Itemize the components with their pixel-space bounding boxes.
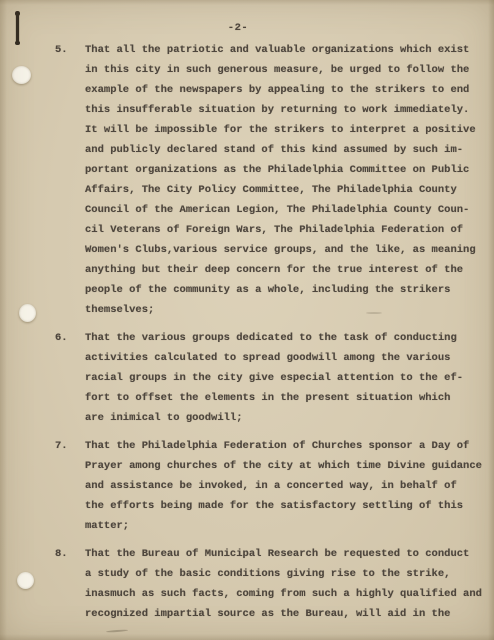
numbered-paragraph: 5. That all the patriotic and valuable o…	[55, 40, 474, 320]
item-number: 6.	[55, 328, 85, 428]
punch-hole	[17, 572, 34, 589]
text-line: That the Philadelphia Federation of Chur…	[85, 436, 482, 456]
text-line: Prayer among churches of the city at whi…	[85, 456, 482, 476]
smudge-mark	[106, 629, 128, 633]
text-line: anything but their deep concern for the …	[85, 260, 476, 280]
item-lines: That the Bureau of Municipal Research be…	[85, 544, 482, 624]
text-line: Council of the American Legion, The Phil…	[85, 200, 476, 220]
text-line: portant organizations as the Philadelphi…	[85, 160, 476, 180]
text-line: It will be impossible for the strikers t…	[85, 120, 476, 140]
item-number: 7.	[55, 436, 85, 536]
text-line: a study of the basic conditions giving r…	[85, 564, 482, 584]
text-line: That the various groups dedicated to the…	[85, 328, 474, 348]
text-line: cil Veterans of Foreign Wars, The Philad…	[85, 220, 476, 240]
numbered-paragraph: 8. That the Bureau of Municipal Research…	[55, 544, 474, 624]
text-line: the efforts being made for the satisfact…	[85, 496, 482, 516]
text-line: and publicly declared stand of this kind…	[85, 140, 476, 160]
text-line: Affairs, The City Policy Committee, The …	[85, 180, 476, 200]
text-line: example of the newspapers by appealing t…	[85, 80, 476, 100]
item-lines: That the Philadelphia Federation of Chur…	[85, 436, 482, 536]
text-line: this insufferable situation by returning…	[85, 100, 476, 120]
scanned-page: -2- 5. That all the patriotic and valuab…	[0, 0, 494, 640]
text-line: themselves;	[85, 300, 476, 320]
text-line: matter;	[85, 516, 482, 536]
item-number: 5.	[55, 40, 85, 320]
text-line: and assistance be invoked, in a concerte…	[85, 476, 482, 496]
text-line: recognized impartial source as the Burea…	[85, 604, 482, 624]
text-line: in this city in such generous measure, b…	[85, 60, 476, 80]
document-body: 5. That all the patriotic and valuable o…	[55, 40, 474, 632]
punch-hole	[12, 66, 31, 84]
smudge-mark	[366, 312, 382, 314]
item-lines: That all the patriotic and valuable orga…	[85, 40, 476, 320]
text-line: people of the community as a whole, incl…	[85, 280, 476, 300]
item-number: 8.	[55, 544, 85, 624]
text-line: That the Bureau of Municipal Research be…	[85, 544, 482, 564]
text-line: Women's Clubs,various service groups, an…	[85, 240, 476, 260]
text-line: inasmuch as such facts, coming from such…	[85, 584, 482, 604]
text-line: racial groups in the city give especial …	[85, 368, 474, 388]
item-lines: That the various groups dedicated to the…	[85, 328, 474, 428]
text-line: That all the patriotic and valuable orga…	[85, 40, 476, 60]
punch-hole	[19, 304, 36, 322]
numbered-paragraph: 6. That the various groups dedicated to …	[55, 328, 474, 428]
text-line: fort to offset the elements in the prese…	[85, 388, 474, 408]
text-line: are inimical to goodwill;	[85, 408, 474, 428]
numbered-paragraph: 7. That the Philadelphia Federation of C…	[55, 436, 474, 536]
page-number: -2-	[0, 22, 476, 34]
text-line: activities calculated to spread goodwill…	[85, 348, 474, 368]
